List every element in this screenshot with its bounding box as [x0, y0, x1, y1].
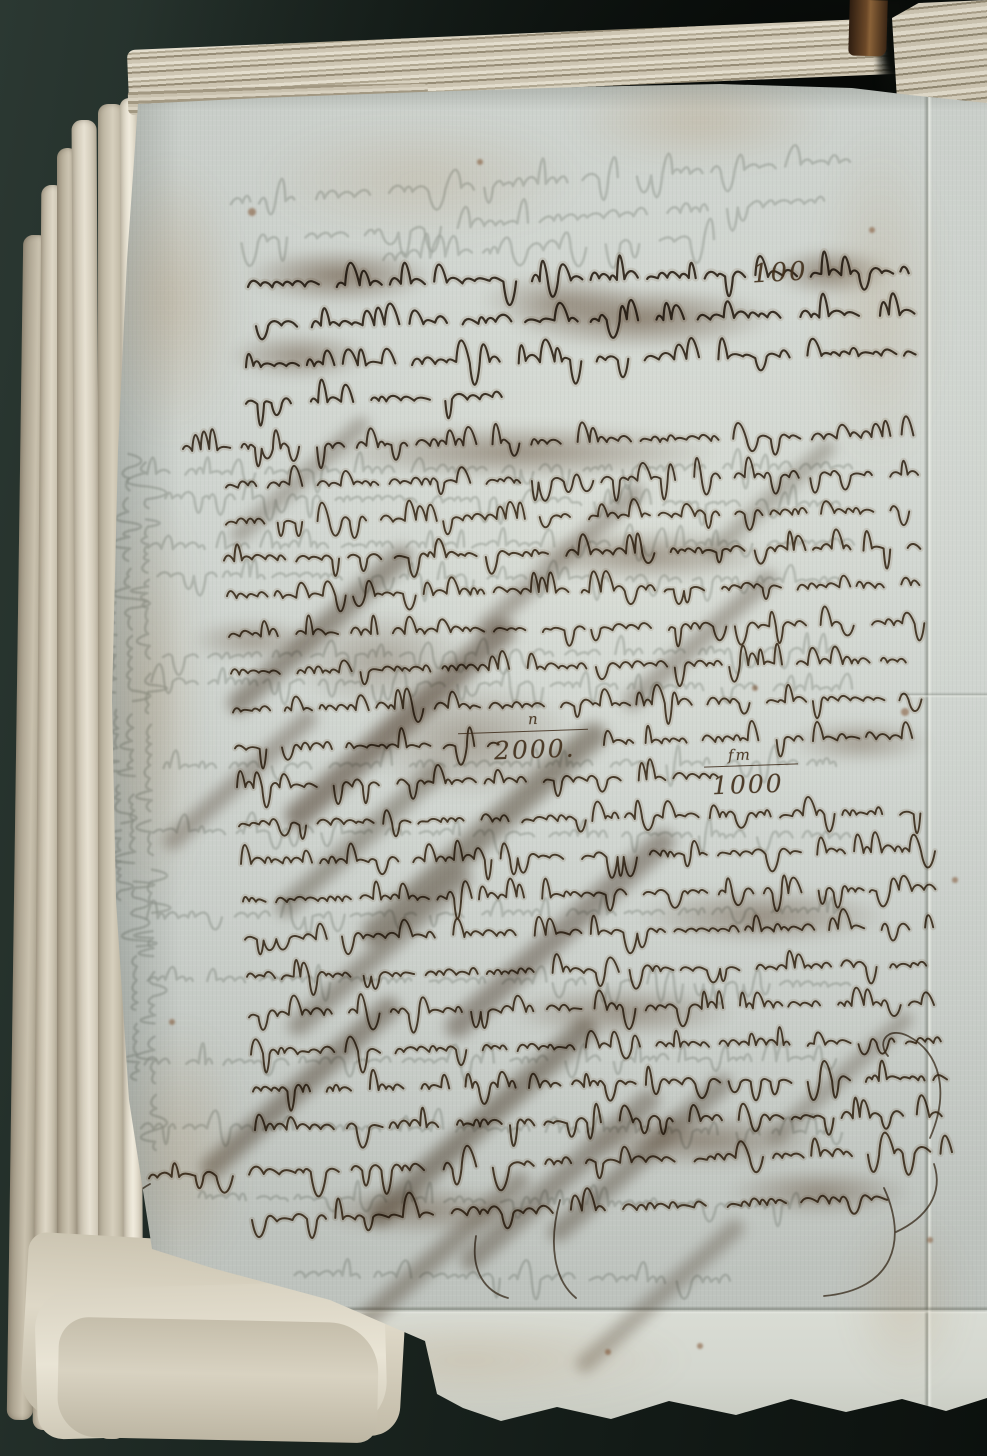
archival-manuscript-photo: 100 2000. 1000 n fm [0, 0, 987, 1456]
handwritten-amount-2000: 2000. [494, 734, 577, 766]
numeral-overline [704, 763, 798, 767]
superscript-mark: fm [728, 746, 752, 765]
binding-rod [848, 0, 888, 57]
bottom-left-page-edge [57, 1317, 379, 1444]
handwritten-amount-1000: 1000 [712, 769, 785, 800]
superscript-mark: n [528, 710, 540, 728]
handwritten-amount-100: 100 [751, 257, 808, 290]
